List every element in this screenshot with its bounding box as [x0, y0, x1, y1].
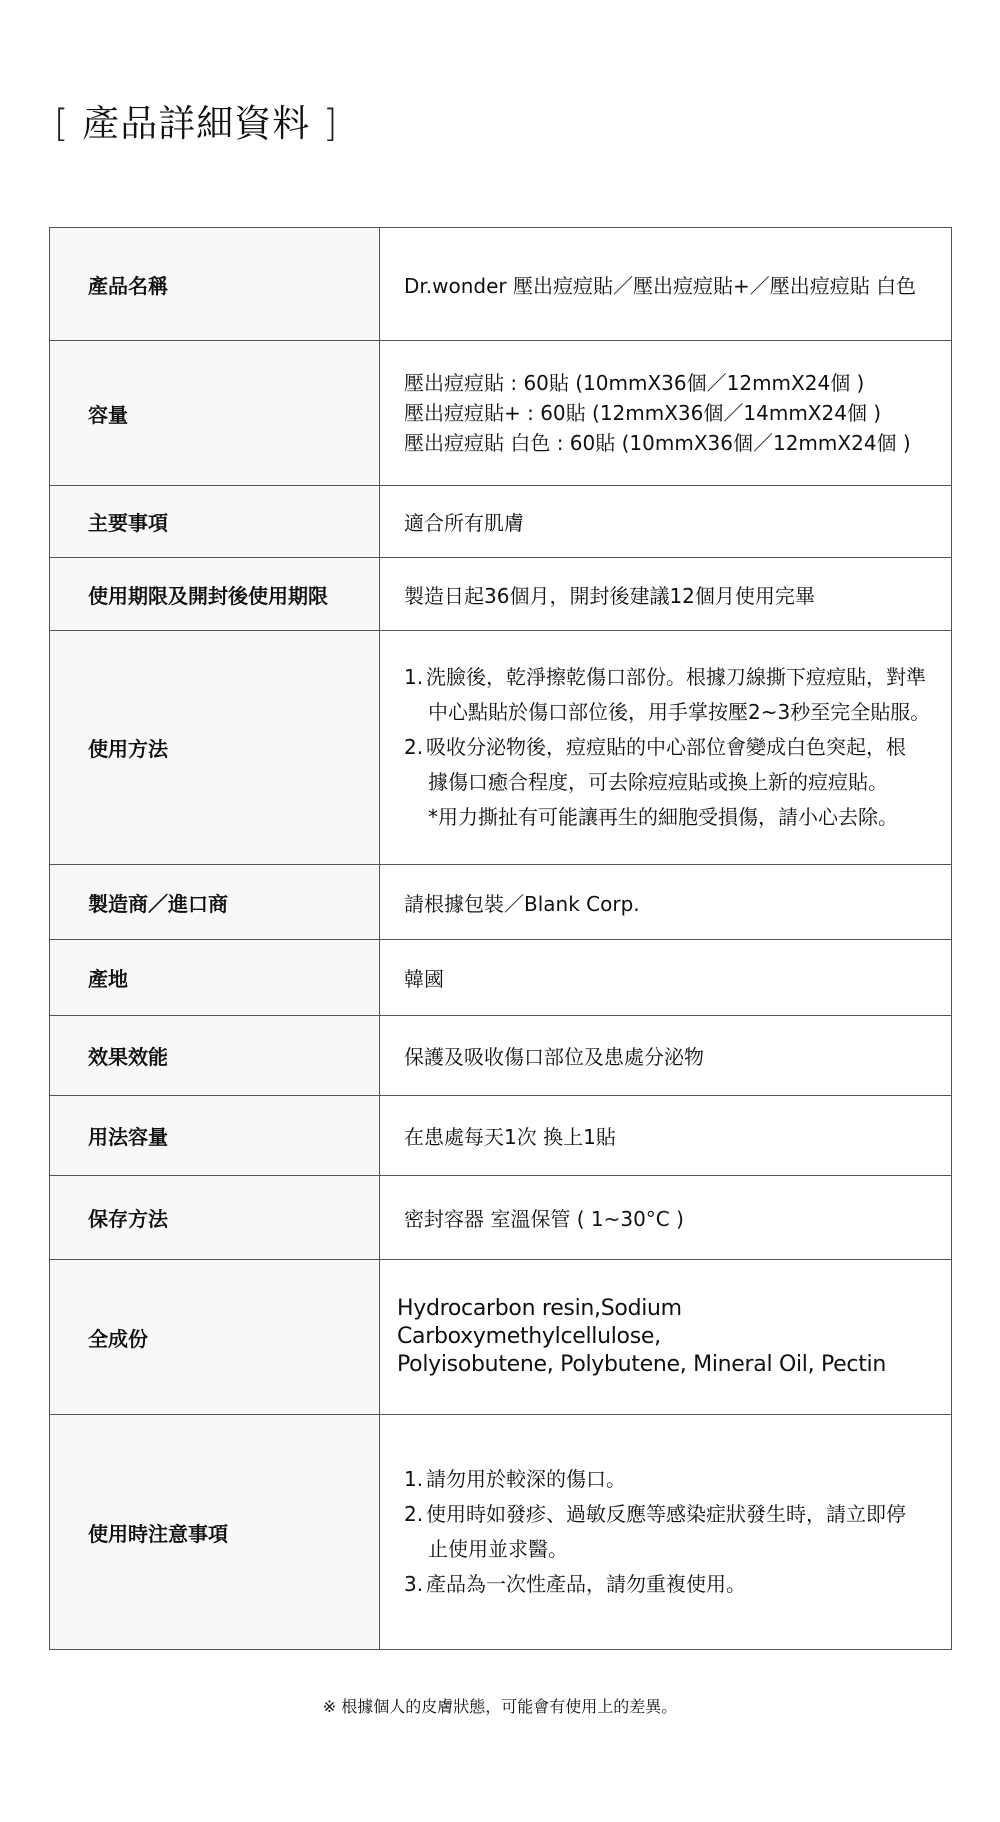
row-value: 1.請勿用於較深的傷口。 2.使用時如發疹、過敏反應等感染症狀發生時，請立即停 … — [380, 1415, 952, 1650]
table-row: 製造商／進口商 請根據包裝／Blank Corp. — [50, 865, 952, 940]
row-value: 保護及吸收傷口部位及患處分泌物 — [380, 1016, 952, 1096]
row-value: 壓出痘痘貼 : 60貼 (10mmX36個／12mmX24個 ) 壓出痘痘貼+ … — [380, 341, 952, 486]
capacity-line: 壓出痘痘貼 白色 : 60貼 (10mmX36個／12mmX24個 ) — [404, 428, 939, 458]
row-value: 韓國 — [380, 940, 952, 1016]
capacity-line: 壓出痘痘貼+ : 60貼 (12mmX36個／14mmX24個 ) — [404, 398, 939, 428]
table-row: 使用期限及開封後使用期限 製造日起36個月，開封後建議12個月使用完畢 — [50, 558, 952, 631]
ingredient-line: Hydrocarbon resin,Sodium Carboxymethylce… — [397, 1295, 939, 1351]
list-item: 1.洗臉後，乾淨擦乾傷口部份。根據刀線撕下痘痘貼，對準 — [404, 660, 939, 695]
row-label: 製造商／進口商 — [50, 865, 380, 940]
row-value: 1.洗臉後，乾淨擦乾傷口部份。根據刀線撕下痘痘貼，對準 中心點貼於傷口部位後，用… — [380, 631, 952, 865]
row-label: 產品名稱 — [50, 228, 380, 341]
list-item-continuation: 據傷口癒合程度，可去除痘痘貼或換上新的痘痘貼。 — [404, 765, 939, 800]
table-row: 容量 壓出痘痘貼 : 60貼 (10mmX36個／12mmX24個 ) 壓出痘痘… — [50, 341, 952, 486]
table-row: 主要事項 適合所有肌膚 — [50, 486, 952, 558]
table-row: 使用方法 1.洗臉後，乾淨擦乾傷口部份。根據刀線撕下痘痘貼，對準 中心點貼於傷口… — [50, 631, 952, 865]
row-label: 使用時注意事項 — [50, 1415, 380, 1650]
row-label: 效果效能 — [50, 1016, 380, 1096]
row-label: 使用期限及開封後使用期限 — [50, 558, 380, 631]
table-row: 產品名稱 Dr.wonder 壓出痘痘貼／壓出痘痘貼+／壓出痘痘貼 白色 — [50, 228, 952, 341]
list-item-continuation: 中心點貼於傷口部位後，用手掌按壓2~3秒至完全貼服。 — [404, 695, 939, 730]
row-value: Dr.wonder 壓出痘痘貼／壓出痘痘貼+／壓出痘痘貼 白色 — [380, 228, 952, 341]
table-row: 使用時注意事項 1.請勿用於較深的傷口。 2.使用時如發疹、過敏反應等感染症狀發… — [50, 1415, 952, 1650]
row-value: 適合所有肌膚 — [380, 486, 952, 558]
list-item: 2.吸收分泌物後，痘痘貼的中心部位會變成白色突起，根 — [404, 730, 939, 765]
list-item: 2.使用時如發疹、過敏反應等感染症狀發生時，請立即停 — [404, 1497, 939, 1532]
row-label: 用法容量 — [50, 1096, 380, 1176]
row-label: 容量 — [50, 341, 380, 486]
table-row: 產地 韓國 — [50, 940, 952, 1016]
row-label: 主要事項 — [50, 486, 380, 558]
product-spec-table: 產品名稱 Dr.wonder 壓出痘痘貼／壓出痘痘貼+／壓出痘痘貼 白色 容量 … — [49, 227, 952, 1650]
disclaimer-note: ※ 根據個人的皮膚狀態，可能會有使用上的差異。 — [0, 1694, 1000, 1717]
table-row: 效果效能 保護及吸收傷口部位及患處分泌物 — [50, 1016, 952, 1096]
row-label: 產地 — [50, 940, 380, 1016]
table-row: 用法容量 在患處每天1次 換上1貼 — [50, 1096, 952, 1176]
row-label: 全成份 — [50, 1260, 380, 1415]
title-bracket-open: [ — [54, 102, 69, 145]
list-item: 1.請勿用於較深的傷口。 — [404, 1462, 939, 1497]
table-row: 保存方法 密封容器 室溫保管 ( 1~30°C ) — [50, 1176, 952, 1260]
capacity-line: 壓出痘痘貼 : 60貼 (10mmX36個／12mmX24個 ) — [404, 368, 939, 398]
row-value: Hydrocarbon resin,Sodium Carboxymethylce… — [380, 1260, 952, 1415]
row-value: 在患處每天1次 換上1貼 — [380, 1096, 952, 1176]
page-title-text: 產品詳細資料 — [82, 102, 310, 145]
list-item: 3.產品為一次性產品，請勿重複使用。 — [404, 1567, 939, 1602]
page-title: [ 產品詳細資料 ] — [54, 98, 338, 150]
ingredient-line: Polyisobutene, Polybutene, Mineral Oil, … — [397, 1351, 939, 1379]
title-bracket-close: ] — [323, 102, 338, 145]
row-label: 保存方法 — [50, 1176, 380, 1260]
row-value: 密封容器 室溫保管 ( 1~30°C ) — [380, 1176, 952, 1260]
list-item-continuation: 止使用並求醫。 — [404, 1532, 939, 1567]
row-value: 請根據包裝／Blank Corp. — [380, 865, 952, 940]
row-label: 使用方法 — [50, 631, 380, 865]
table-row: 全成份 Hydrocarbon resin,Sodium Carboxymeth… — [50, 1260, 952, 1415]
row-value: 製造日起36個月，開封後建議12個月使用完畢 — [380, 558, 952, 631]
usage-note: *用力撕扯有可能讓再生的細胞受損傷，請小心去除。 — [404, 800, 939, 835]
